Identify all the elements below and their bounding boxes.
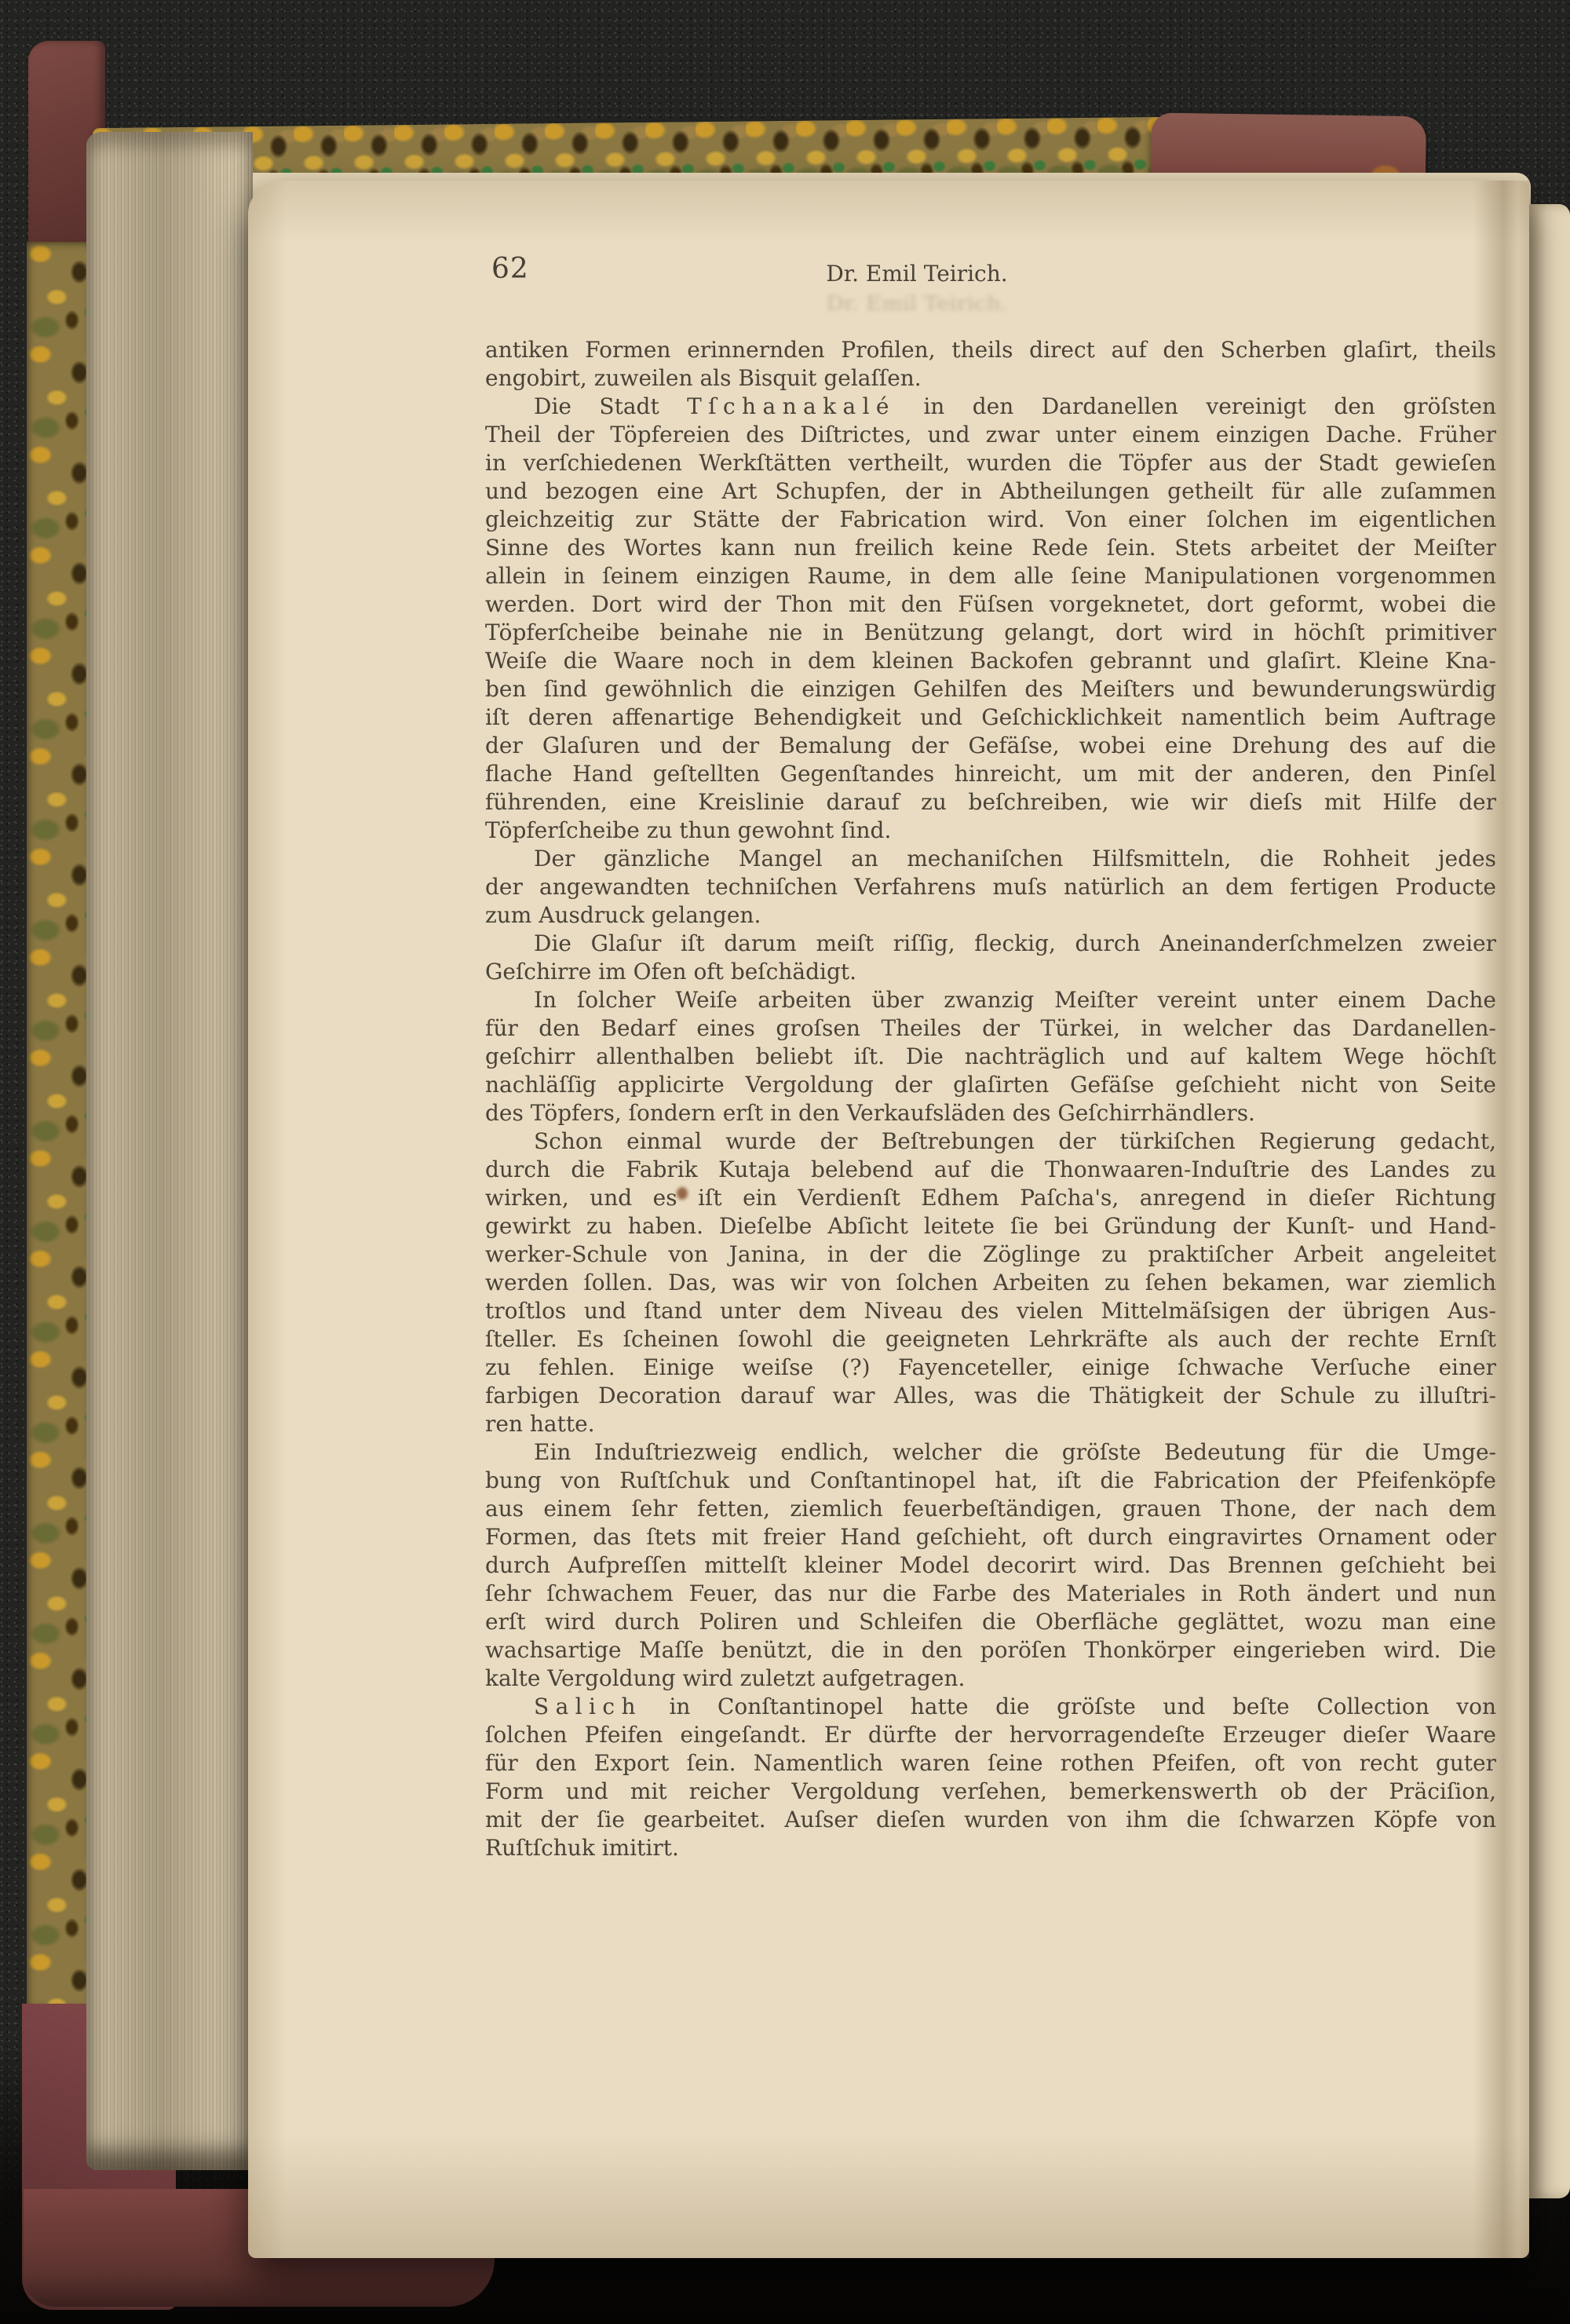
text-line: Schon einmal wurde der Beſtrebungen der … <box>485 1127 1496 1156</box>
text-line: erſt wird durch Poliren und Schleifen di… <box>485 1608 1496 1636</box>
text-line: Die Glaſur iſt darum meiſt riſſig, fleck… <box>485 930 1496 958</box>
text-line: Sinne des Wortes kann nun freilich keine… <box>485 534 1496 562</box>
text-line: Töpferſcheibe beinahe nie in Benützung g… <box>485 619 1496 647</box>
text-line: durch die Fabrik Kutaja belebend auf die… <box>485 1156 1496 1184</box>
book-page: 62 Dr. Emil Teirich. Dr. Emil Teirich. a… <box>248 181 1529 2258</box>
text-line: führenden, eine Kreislinie darauf zu beſ… <box>485 788 1496 817</box>
text-line: bung von Ruſtſchuk und Conſtantinopel ha… <box>485 1467 1496 1495</box>
paragraph: Schon einmal wurde der Beſtrebungen der … <box>485 1127 1496 1438</box>
text-line: Geſchirre im Ofen oft beſchädigt. <box>485 958 1496 986</box>
paragraph: Die Stadt Tſchanakalé in den Dardanellen… <box>485 393 1496 845</box>
text-line: geſchirr allenthalben beliebt iſt. Die n… <box>485 1043 1496 1071</box>
text-line: Ein Induſtriezweig endlich, welcher die … <box>485 1438 1496 1467</box>
text-line: des Töpfers, ſondern erſt in den Verkauf… <box>485 1099 1496 1127</box>
text-line: Form und mit reicher Vergoldung verſehen… <box>485 1778 1496 1806</box>
letterspaced-word: Tſchanakalé <box>687 393 896 419</box>
text-line: Weiſe die Waare noch in dem kleinen Back… <box>485 647 1496 675</box>
text-line: werden ſollen. Das, was wir von ſolchen … <box>485 1269 1496 1297</box>
page-text: antiken Formen erinnernden Profilen, the… <box>485 336 1496 1862</box>
paragraph: Salich in Conſtantinopel hatte die gröſs… <box>485 1693 1496 1862</box>
text-line: Salich in Conſtantinopel hatte die gröſs… <box>485 1693 1496 1721</box>
text-line: zum Ausdruck gelangen. <box>485 901 1496 930</box>
running-header: Dr. Emil Teirich. <box>485 261 1349 287</box>
page-stack-edge <box>86 132 253 2170</box>
text-line: für den Bedarf eines groſsen Theiles der… <box>485 1014 1496 1043</box>
text-line: Ruſtſchuk imitirt. <box>485 1834 1496 1862</box>
text-line: ſolchen Pfeifen eingeſandt. Er dürfte de… <box>485 1721 1496 1749</box>
text-line: Formen, das ſtets mit freier Hand geſchi… <box>485 1523 1496 1551</box>
text-line: ſehr ſchwachem Feuer, das nur die Farbe … <box>485 1580 1496 1608</box>
paragraph: Ein Induſtriezweig endlich, welcher die … <box>485 1438 1496 1693</box>
text-line: iſt deren affenartige Behendigkeit und G… <box>485 703 1496 732</box>
text-line: ren hatte. <box>485 1410 1496 1438</box>
text-line: troſtlos und ſtand unter dem Niveau des … <box>485 1297 1496 1325</box>
facing-page-edge <box>1528 204 1570 2198</box>
text-line: Die Stadt Tſchanakalé in den Dardanellen… <box>485 393 1496 421</box>
text-line: der angewandten techniſchen Verfahrens m… <box>485 873 1496 901</box>
paragraph: In ſolcher Weiſe arbeiten über zwanzig M… <box>485 986 1496 1127</box>
running-header-ghost: Dr. Emil Teirich. <box>485 292 1349 316</box>
paragraph: Die Glaſur iſt darum meiſt riſſig, fleck… <box>485 930 1496 986</box>
text-line: mit der ſie gearbeitet. Auſser dieſen wu… <box>485 1806 1496 1834</box>
text-line: antiken Formen erinnernden Profilen, the… <box>485 336 1496 364</box>
text-line: Töpferſcheibe zu thun gewohnt ſind. <box>485 817 1496 845</box>
text-line: kalte Vergoldung wird zuletzt aufgetrage… <box>485 1664 1496 1693</box>
text-line: der Glaſuren und der Bemalung der Gefäſs… <box>485 732 1496 760</box>
text-line: allein in ſeinem einzigen Raume, in dem … <box>485 562 1496 590</box>
text-line: engobirt, zuweilen als Bisquit gelaſſen. <box>485 364 1496 393</box>
text-line: nachläſſig applicirte Vergoldung der gla… <box>485 1071 1496 1099</box>
letterspaced-word: Salich <box>534 1694 642 1719</box>
text-line: ſteller. Es ſcheinen ſowohl die geeignet… <box>485 1325 1496 1354</box>
text-line: aus einem ſehr fetten, ziemlich feuerbeſ… <box>485 1495 1496 1523</box>
text-line: Theil der Töpfereien des Diſtrictes, und… <box>485 421 1496 449</box>
text-line: gleichzeitig zur Stätte der Fabrication … <box>485 506 1496 534</box>
paragraph: Der gänzliche Mangel an mechaniſchen Hil… <box>485 845 1496 930</box>
scan-background: { "page": { "number": "62", "header": "D… <box>0 0 1570 2324</box>
paragraph: antiken Formen erinnernden Profilen, the… <box>485 336 1496 393</box>
text-line: farbigen Decoration darauf war Alles, wa… <box>485 1382 1496 1410</box>
text-line: wachsartige Maſſe benützt, die in den po… <box>485 1636 1496 1664</box>
text-line: und bezogen eine Art Schupfen, der in Ab… <box>485 477 1496 506</box>
text-line: gewirkt zu haben. Dieſelbe Abſicht leite… <box>485 1212 1496 1241</box>
text-line: zu fehlen. Einige weiſse (?) Fayencetell… <box>485 1354 1496 1382</box>
text-line: flache Hand geſtellten Gegenſtandes hinr… <box>485 760 1496 788</box>
text-line: ben ſind gewöhnlich die einzigen Gehilfe… <box>485 675 1496 703</box>
text-line: für den Export ſein. Namentlich waren ſe… <box>485 1749 1496 1778</box>
text-line: durch Aufpreſſen mittelſt kleiner Model … <box>485 1551 1496 1580</box>
text-line: werden. Dort wird der Thon mit den Füſse… <box>485 590 1496 619</box>
text-line: werker-Schule von Janina, in der die Zög… <box>485 1241 1496 1269</box>
text-line: wirken, und es iſt ein Verdienſt Edhem P… <box>485 1184 1496 1212</box>
text-line: In ſolcher Weiſe arbeiten über zwanzig M… <box>485 986 1496 1014</box>
text-line: in verſchiedenen Werkſtätten vertheilt, … <box>485 449 1496 477</box>
text-line: Der gänzliche Mangel an mechaniſchen Hil… <box>485 845 1496 873</box>
